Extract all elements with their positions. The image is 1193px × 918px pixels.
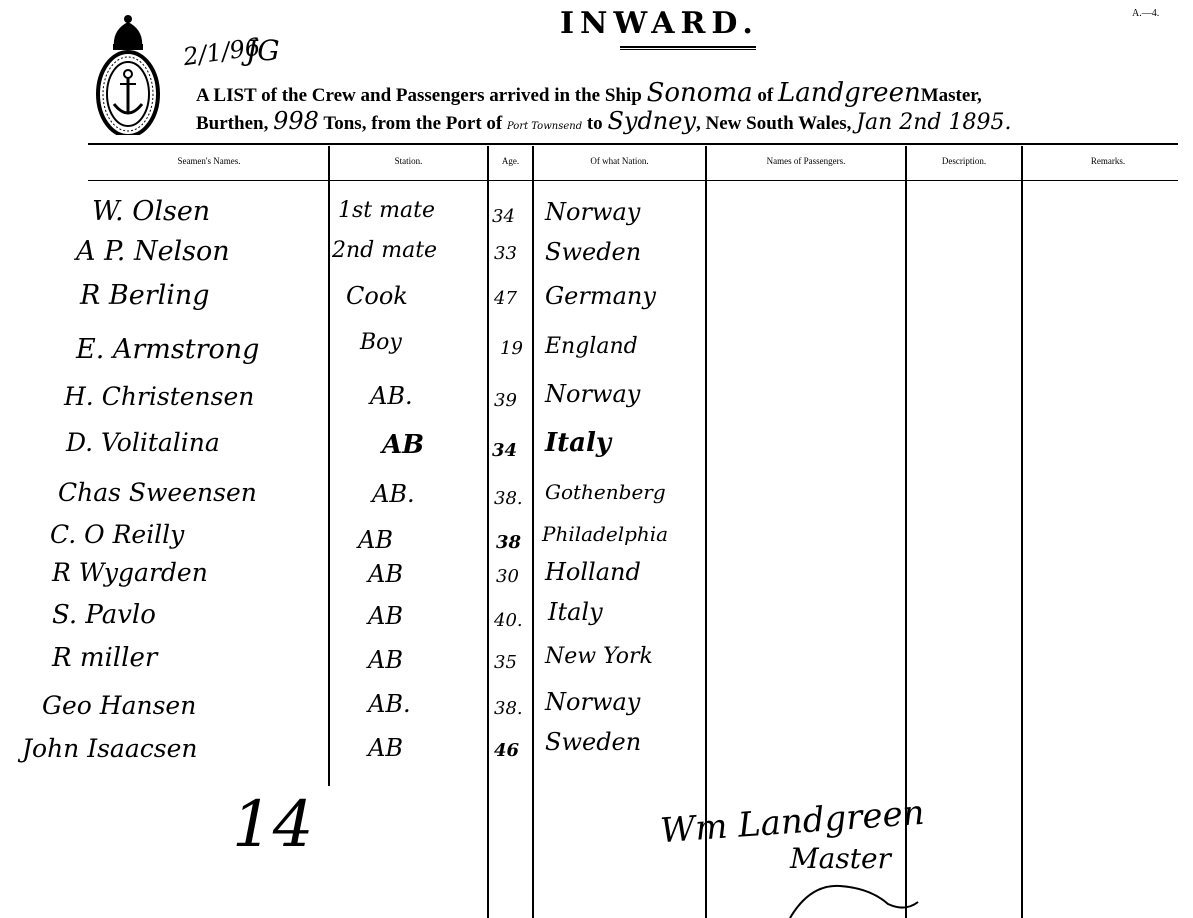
crew-nation: Italy [545, 430, 611, 456]
annotation-initials: JG [246, 34, 280, 67]
line2-nsw: , New South Wales, [696, 113, 851, 134]
crew-nation: Italy [548, 600, 603, 624]
master-signature-title: Master [790, 842, 891, 875]
crew-nation: Norway [545, 200, 640, 224]
crew-station: AB [368, 736, 403, 760]
crew-station: Boy [360, 332, 402, 354]
crew-age: 40. [494, 610, 523, 631]
title-underline-2 [620, 49, 756, 50]
crew-age: 35 [494, 652, 517, 673]
col-header-station: Station. [330, 156, 487, 166]
crew-station: AB [368, 648, 403, 672]
header-bottom-rule [88, 180, 1178, 181]
signature-flourish [780, 880, 930, 918]
crew-name: A P. Nelson [76, 238, 230, 265]
crew-station: AB [368, 604, 403, 628]
crew-nation: Norway [545, 382, 640, 406]
crew-name: C. O Reilly [50, 522, 184, 547]
crew-nation: Philadelphia [542, 524, 668, 544]
crew-station: AB. [372, 482, 415, 506]
line1-of: of [757, 85, 773, 106]
crew-nation: Sweden [545, 240, 641, 264]
crew-nation: England [545, 336, 638, 358]
crew-nation: Germany [545, 284, 656, 308]
crew-station: Cook [346, 284, 408, 308]
crew-name: R Berling [80, 282, 210, 309]
line1-prefix: A LIST of the Crew and Passengers arrive… [196, 85, 642, 106]
col-divider-2 [487, 146, 489, 918]
form-code: A.—4. [1132, 8, 1159, 19]
col-divider-3 [532, 146, 534, 918]
col-divider-1 [328, 146, 330, 786]
crew-name: E. Armstrong [76, 336, 259, 363]
line2-tons: Tons, from the Port of [323, 113, 502, 134]
crew-age: 38. [494, 698, 523, 719]
crew-age: 34 [492, 206, 515, 227]
col-header-remarks: Remarks. [1023, 156, 1193, 166]
crew-name: Chas Sweensen [58, 480, 257, 505]
list-line-2: Burthen, 998 Tons, from the Port of Port… [196, 107, 1011, 135]
crew-age: 38. [494, 488, 523, 509]
col-header-seamen-names: Seamen's Names. [90, 156, 328, 166]
burthen-value: 998 [273, 107, 319, 135]
crew-age: 30 [496, 566, 519, 587]
title-underline [620, 46, 756, 48]
crew-age: 19 [500, 338, 523, 359]
crew-nation: Sweden [545, 730, 641, 754]
arrival-date: Jan 2nd 1895. [856, 110, 1011, 135]
crew-name: R Wygarden [52, 560, 208, 585]
port-from: Port Townsend [507, 121, 582, 132]
crew-station: AB [368, 562, 403, 586]
crew-station: 1st mate [338, 200, 435, 222]
crew-age: 39 [494, 390, 517, 411]
crew-name: John Isaacsen [22, 736, 197, 761]
crew-age: 46 [494, 740, 519, 761]
anchor-crown-icon [96, 10, 160, 135]
crew-name: W. Olsen [92, 198, 210, 225]
crew-nation: Gothenberg [545, 482, 666, 502]
crew-name: R miller [52, 645, 157, 671]
crew-count: 14 [232, 788, 313, 862]
col-divider-4 [705, 146, 707, 918]
line2-to: to [587, 113, 603, 134]
line1-suffix: Master, [921, 85, 982, 106]
port-to: Sydney [607, 107, 696, 135]
crew-station: AB [358, 528, 393, 552]
crew-name: S. Pavlo [52, 602, 156, 628]
crew-nation: Norway [545, 690, 640, 714]
header-top-rule [88, 143, 1178, 145]
master-name: Landgreen [778, 78, 921, 108]
crew-age: 47 [494, 288, 517, 309]
crew-nation: New York [545, 646, 653, 668]
page-title: INWARD. [560, 6, 759, 41]
crew-age: 38 [496, 532, 521, 553]
col-header-passenger-names: Names of Passengers. [707, 156, 905, 166]
crew-name: H. Christensen [64, 384, 254, 409]
crew-station: AB. [370, 384, 413, 408]
col-header-nation: Of what Nation. [534, 156, 705, 166]
col-header-age: Age. [489, 156, 532, 166]
col-header-description: Description. [907, 156, 1021, 166]
crew-station: AB [382, 432, 424, 458]
crew-name: D. Volitalina [66, 430, 220, 455]
crew-name: Geo Hansen [42, 693, 196, 718]
crew-age: 34 [492, 440, 517, 461]
crew-age: 33 [494, 243, 517, 264]
crew-nation: Holland [545, 560, 641, 584]
crest-emblem [96, 10, 160, 135]
list-line-1: A LIST of the Crew and Passengers arrive… [196, 78, 982, 108]
ship-name: Sonoma [647, 78, 753, 108]
line2-prefix: Burthen, [196, 113, 268, 134]
crew-station: AB. [368, 692, 411, 716]
crew-station: 2nd mate [332, 240, 437, 262]
col-divider-6 [1021, 146, 1023, 918]
